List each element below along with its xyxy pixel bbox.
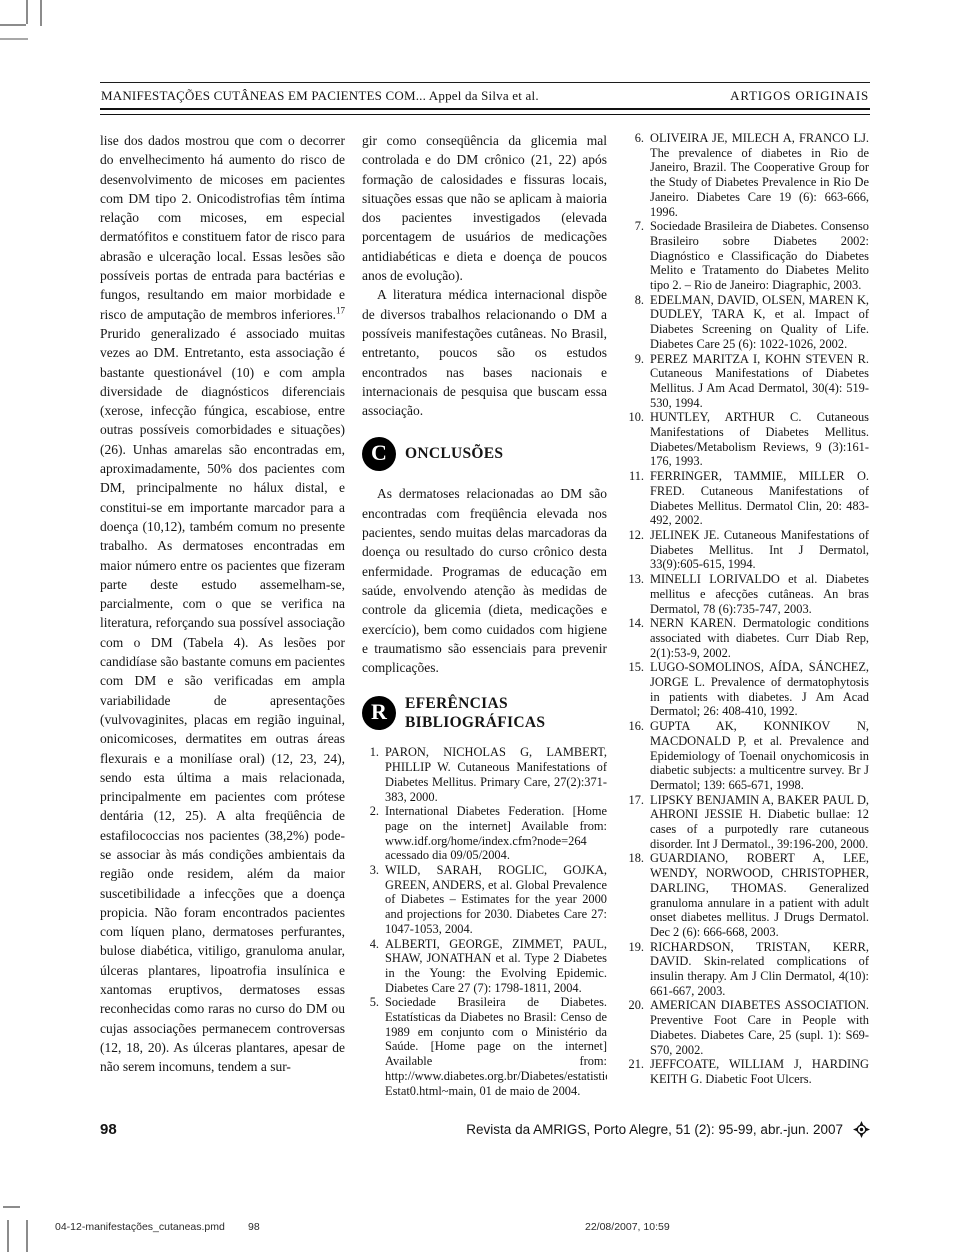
dropcap-letter: R <box>371 699 387 725</box>
conclusions-heading: C ONCLUSÕES <box>362 437 607 471</box>
reference-text: GUARDIANO, ROBERT A, LEE, WENDY, NORWOOD… <box>650 851 869 939</box>
reference-item: 9.PEREZ MARITZA I, KOHN STEVEN R. Cutane… <box>624 352 869 411</box>
reference-number: 17. <box>624 793 644 808</box>
reference-item: 13.MINELLI LORIVALDO et al. Diabetes mel… <box>624 572 869 616</box>
column-1: lise dos dados mostrou que com o decorre… <box>100 131 345 1123</box>
reference-item: 16.GUPTA AK, KONNIKOV N, MACDONALD P, et… <box>624 719 869 793</box>
reference-text: AMERICAN DIABETES ASSOCIATION. Preventiv… <box>650 998 869 1056</box>
crop-mark <box>26 0 28 24</box>
reference-text: OLIVEIRA JE, MILECH A, FRANCO LJ. The pr… <box>650 131 869 219</box>
reference-text: PARON, NICHOLAS G, LAMBERT, PHILLIP W. C… <box>385 745 607 803</box>
reference-text: GUPTA AK, KONNIKOV N, MACDONALD P, et al… <box>650 719 869 792</box>
reference-item: 6.OLIVEIRA JE, MILECH A, FRANCO LJ. The … <box>624 131 869 219</box>
reference-number: 5. <box>362 995 379 1010</box>
print-info-line: 04-12-manifestações_cutaneas.pmd 98 22/0… <box>0 1221 960 1237</box>
references-title-line2: BIBLIOGRÁFICAS <box>405 713 545 732</box>
reference-item: 18.GUARDIANO, ROBERT A, LEE, WENDY, NORW… <box>624 851 869 939</box>
literature-paragraph: A literatura médica internacional dispõe… <box>362 285 607 420</box>
crop-mark <box>0 38 28 40</box>
crop-mark <box>3 1206 20 1208</box>
reference-number: 8. <box>624 293 644 308</box>
reference-text: Sociedade Brasileira de Diabetes. Estatí… <box>385 995 607 1097</box>
print-page-number: 98 <box>248 1221 260 1233</box>
reference-item: 2.International Diabetes Federation. [Ho… <box>362 804 607 863</box>
references-title: EFERÊNCIAS BIBLIOGRÁFICAS <box>405 694 545 732</box>
reference-text: MINELLI LORIVALDO et al. Diabetes mellit… <box>650 572 869 615</box>
reference-text: LIPSKY BENJAMIN A, BAKER PAUL D, AHRONI … <box>650 793 869 851</box>
reference-item: 4.ALBERTI, GEORGE, ZIMMET, PAUL, SHAW, J… <box>362 937 607 996</box>
crop-mark <box>0 24 26 26</box>
reference-item: 21.JEFFCOATE, WILLIAM J, HARDING KEITH G… <box>624 1057 869 1086</box>
reference-number: 20. <box>624 998 644 1013</box>
discussion-paragraph-cont: gir como conseqüência da glicemia mal co… <box>362 131 607 285</box>
reference-item: 19.RICHARDSON, TRISTAN, KERR, DAVID. Ski… <box>624 940 869 999</box>
reference-item: 12.JELINEK JE. Cutaneous Manifestations … <box>624 528 869 572</box>
reference-number: 15. <box>624 660 644 675</box>
reference-text: WILD, SARAH, ROGLIC, GOJKA, GREEN, ANDER… <box>385 863 607 936</box>
reference-number: 6. <box>624 131 644 146</box>
conclusions-paragraph: As dermatoses relacionadas ao DM são enc… <box>362 484 607 677</box>
reference-text: ALBERTI, GEORGE, ZIMMET, PAUL, SHAW, JON… <box>385 937 607 995</box>
reference-text: JELINEK JE. Cutaneous Manifestations of … <box>650 528 869 571</box>
page-number: 98 <box>100 1121 117 1138</box>
reference-number: 13. <box>624 572 644 587</box>
page-header: MANIFESTAÇÕES CUTÂNEAS EM PACIENTES COM.… <box>100 82 870 115</box>
reference-number: 19. <box>624 940 644 955</box>
reference-number: 14. <box>624 616 644 631</box>
reference-item: 15.LUGO-SOMOLINOS, AÍDA, SÁNCHEZ, JORGE … <box>624 660 869 719</box>
dropcap-circle-c: C <box>362 437 396 471</box>
reference-text: PEREZ MARITZA I, KOHN STEVEN R. Cutaneou… <box>650 352 869 410</box>
reference-item: 11.FERRINGER, TAMMIE, MILLER O. FRED. Cu… <box>624 469 869 528</box>
compass-ornament-icon <box>853 1121 870 1138</box>
journal-page: MANIFESTAÇÕES CUTÂNEAS EM PACIENTES COM.… <box>0 0 960 1252</box>
page-footer: 98 Revista da AMRIGS, Porto Alegre, 51 (… <box>100 1121 870 1138</box>
journal-citation-text: Revista da AMRIGS, Porto Alegre, 51 (2):… <box>466 1122 843 1137</box>
reference-item: 10.HUNTLEY, ARTHUR C. Cutaneous Manifest… <box>624 410 869 469</box>
print-filename: 04-12-manifestações_cutaneas.pmd <box>55 1221 225 1233</box>
reference-number: 2. <box>362 804 379 819</box>
header-rule <box>100 108 870 115</box>
reference-text: International Diabetes Federation. [Home… <box>385 804 607 862</box>
reference-number: 18. <box>624 851 644 866</box>
reference-text: FERRINGER, TAMMIE, MILLER O. FRED. Cutan… <box>650 469 869 527</box>
reference-number: 21. <box>624 1057 644 1072</box>
running-title: MANIFESTAÇÕES CUTÂNEAS EM PACIENTES COM.… <box>101 88 539 104</box>
crop-mark <box>40 0 42 26</box>
reference-text: EDELMAN, DAVID, OLSEN, MAREN K, DUDLEY, … <box>650 293 869 351</box>
reference-text: Sociedade Brasileira de Diabetes. Consen… <box>650 219 869 292</box>
reference-text: NERN KAREN. Dermatologic conditions asso… <box>650 616 869 659</box>
dropcap-letter: C <box>371 440 387 466</box>
reference-list-6-21: 6.OLIVEIRA JE, MILECH A, FRANCO LJ. The … <box>624 131 869 1087</box>
conclusions-title: ONCLUSÕES <box>405 445 503 463</box>
references-title-line1: EFERÊNCIAS <box>405 694 545 713</box>
print-datetime: 22/08/2007, 10:59 <box>585 1221 670 1233</box>
reference-text: HUNTLEY, ARTHUR C. Cutaneous Manifestati… <box>650 410 869 468</box>
citation-superscript: 17 <box>336 305 345 315</box>
reference-item: 1.PARON, NICHOLAS G, LAMBERT, PHILLIP W.… <box>362 745 607 804</box>
reference-item: 3.WILD, SARAH, ROGLIC, GOJKA, GREEN, AND… <box>362 863 607 937</box>
reference-item: 5.Sociedade Brasileira de Diabetes. Esta… <box>362 995 607 1098</box>
reference-item: 20.AMERICAN DIABETES ASSOCIATION. Preven… <box>624 998 869 1057</box>
reference-number: 16. <box>624 719 644 734</box>
reference-number: 9. <box>624 352 644 367</box>
reference-item: 7.Sociedade Brasileira de Diabetes. Cons… <box>624 219 869 293</box>
reference-list-1-5: 1.PARON, NICHOLAS G, LAMBERT, PHILLIP W.… <box>362 745 607 1098</box>
column-2: gir como conseqüência da glicemia mal co… <box>362 131 607 1123</box>
column-3: 6.OLIVEIRA JE, MILECH A, FRANCO LJ. The … <box>624 131 869 1123</box>
article-body: lise dos dados mostrou que com o decorre… <box>100 131 870 1123</box>
dropcap-circle-r: R <box>362 696 396 730</box>
references-heading: R EFERÊNCIAS BIBLIOGRÁFICAS <box>362 694 607 732</box>
reference-text: RICHARDSON, TRISTAN, KERR, DAVID. Skin-r… <box>650 940 869 998</box>
reference-number: 7. <box>624 219 644 234</box>
reference-number: 10. <box>624 410 644 425</box>
reference-number: 4. <box>362 937 379 952</box>
section-label: ARTIGOS ORIGINAIS <box>730 88 869 104</box>
discussion-text-part1: lise dos dados mostrou que com o decorre… <box>100 133 345 322</box>
journal-citation: Revista da AMRIGS, Porto Alegre, 51 (2):… <box>466 1121 870 1138</box>
reference-number: 12. <box>624 528 644 543</box>
reference-number: 3. <box>362 863 379 878</box>
discussion-text-part2: Prurido generalizado é associado muitas … <box>100 326 345 1074</box>
discussion-paragraph: lise dos dados mostrou que com o decorre… <box>100 131 345 1077</box>
reference-item: 14.NERN KAREN. Dermatologic conditions a… <box>624 616 869 660</box>
reference-number: 1. <box>362 745 379 760</box>
reference-text: JEFFCOATE, WILLIAM J, HARDING KEITH G. D… <box>650 1057 869 1086</box>
reference-text: LUGO-SOMOLINOS, AÍDA, SÁNCHEZ, JORGE L. … <box>650 660 869 718</box>
reference-number: 11. <box>624 469 644 484</box>
reference-item: 8.EDELMAN, DAVID, OLSEN, MAREN K, DUDLEY… <box>624 293 869 352</box>
reference-item: 17.LIPSKY BENJAMIN A, BAKER PAUL D, AHRO… <box>624 793 869 852</box>
